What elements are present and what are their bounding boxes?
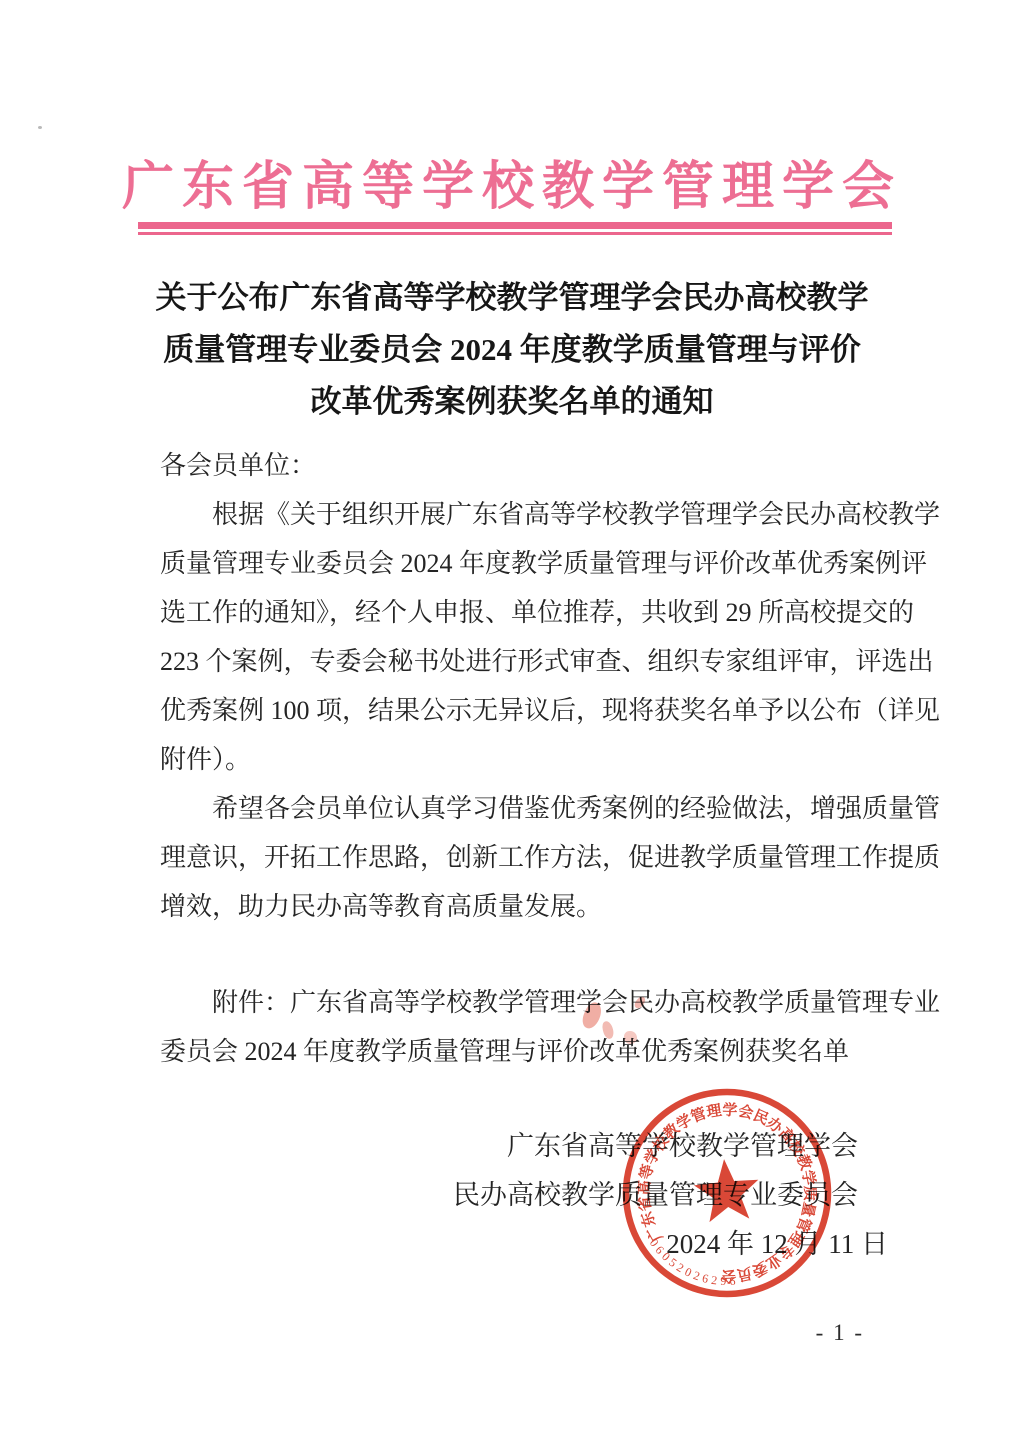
official-seal: 广东省高等学校教学管理学会民办高校教学质量管理专业委员会 06052026296 <box>597 1063 857 1323</box>
notice-title-line: 关于公布广东省高等学校教学管理学会民办高校教学 <box>0 272 1024 324</box>
document-page: 广东省高等学校教学管理学会 关于公布广东省高等学校教学管理学会民办高校教学 质量… <box>0 0 1024 1447</box>
body-line: 增效，助力民办高等教育高质量发展。 <box>160 882 900 931</box>
letterhead-rule <box>138 222 892 235</box>
body-line: 质量管理专业委员会 2024 年度教学质量管理与评价改革优秀案例评 <box>160 539 900 588</box>
notice-title-line: 改革优秀案例获奖名单的通知 <box>0 376 1024 428</box>
notice-title: 关于公布广东省高等学校教学管理学会民办高校教学 质量管理专业委员会 2024 年… <box>0 272 1024 428</box>
rule-thin-line <box>138 232 892 235</box>
page-number: - 1 - <box>816 1320 864 1346</box>
letterhead-title: 广东省高等学校教学管理学会 <box>0 144 1024 219</box>
body-line: 希望各会员单位认真学习借鉴优秀案例的经验做法，增强质量管 <box>160 784 900 833</box>
blank-line <box>160 931 900 978</box>
seal-star-icon <box>692 1156 762 1223</box>
body-line: 选工作的通知》，经个人申报、单位推荐，共收到 29 所高校提交的 <box>160 588 900 637</box>
salutation: 各会员单位： <box>160 441 900 490</box>
document-body: 各会员单位： 根据《关于组织开展广东省高等学校教学管理学会民办高校教学 质量管理… <box>160 441 900 1076</box>
body-line: 理意识，开拓工作思路，创新工作方法，促进教学质量管理工作提质 <box>160 833 900 882</box>
attachment-note-line: 附件：广东省高等学校教学管理学会民办高校教学质量管理专业 <box>160 978 900 1027</box>
ink-smudge <box>624 1031 637 1044</box>
body-line: 附件）。 <box>160 735 900 784</box>
scan-speck <box>38 126 42 129</box>
notice-title-line: 质量管理专业委员会 2024 年度教学质量管理与评价 <box>0 324 1024 376</box>
body-line: 优秀案例 100 项，结果公示无异议后，现将获奖名单予以公布（详见 <box>160 686 900 735</box>
rule-thick-line <box>138 222 892 229</box>
body-line: 223 个案例，专委会秘书处进行形式审查、组织专家组评审，评选出 <box>160 637 900 686</box>
body-line: 根据《关于组织开展广东省高等学校教学管理学会民办高校教学 <box>160 490 900 539</box>
